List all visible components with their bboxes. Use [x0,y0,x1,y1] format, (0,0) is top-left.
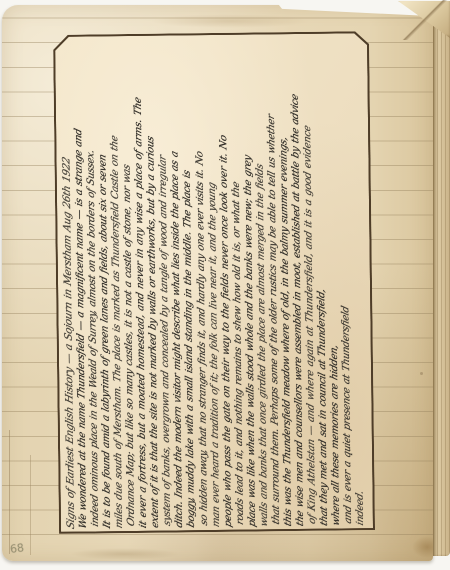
book-fore-edge [433,3,450,556]
margin-line [9,430,10,554]
margin-line [30,455,31,555]
paper-stain [150,14,310,28]
scanned-notebook-page: { "page": { "page_number": "68", "date":… [0,0,450,570]
handwriting-block: Signs of Earliest English History — a So… [60,35,368,531]
paper-stain [70,548,180,560]
page-number: 68 [9,541,24,556]
pasted-sheet-outline: Signs of Earliest English History — a So… [53,31,375,534]
fold-crease [396,0,450,40]
pasted-sheet: Signs of Earliest English History — a So… [55,33,373,532]
ink-speck [420,372,423,375]
